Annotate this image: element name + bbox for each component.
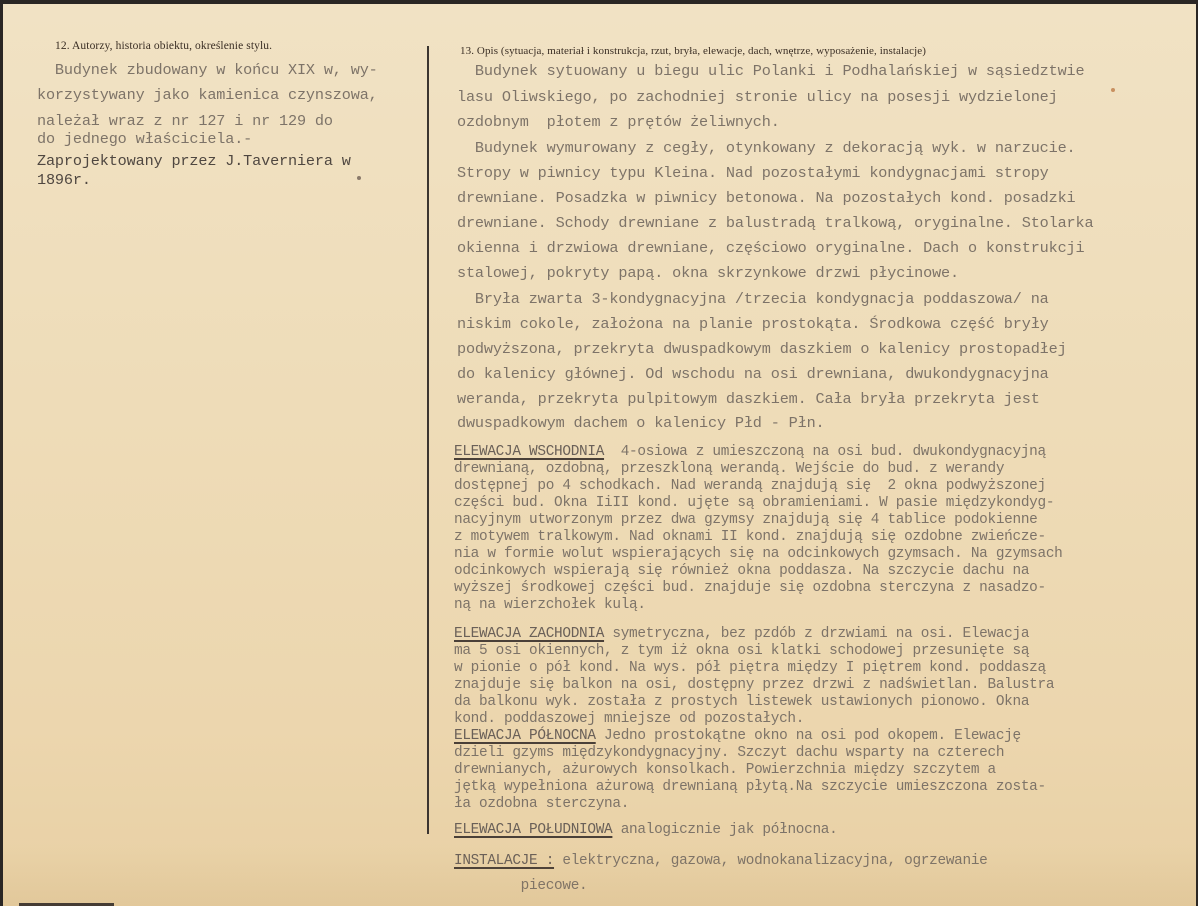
elevation-east-label: ELEWACJA WSCHODNIA: [454, 444, 604, 460]
column-divider: [427, 46, 429, 834]
installations-label: INSTALACJE :: [454, 853, 554, 869]
paper-speck: [357, 176, 361, 180]
elevation-north-line: jętką wypełniona ażurową drewnianą płytą…: [454, 780, 1046, 794]
elevation-west-line: da balkonu wyk. została z prostych liste…: [454, 695, 1029, 709]
left-text-line: do jednego właściciela.-: [37, 132, 252, 147]
elevation-north-line: ELEWACJA PÓŁNOCNA Jedno prostokątne okno…: [454, 729, 1021, 743]
elevation-east-line: ną na wierzchołek kulą.: [454, 598, 646, 612]
left-text-line: należał wraz z nr 127 i nr 129 do: [37, 114, 333, 129]
elevation-east-line: odcinkowych wspierają się również okna p…: [454, 564, 1029, 578]
elevation-north-label: ELEWACJA PÓŁNOCNA: [454, 728, 596, 744]
left-text-line: korzystywany jako kamienica czynszowa,: [37, 88, 378, 103]
description-line: lasu Oliwskiego, po zachodniej stronie u…: [457, 90, 1058, 105]
elevation-north-line: ła ozdobna sterczyna.: [454, 797, 629, 811]
description-line: Stropy w piwnicy typu Kleina. Nad pozost…: [457, 166, 1049, 181]
elevation-west-line: ma 5 osi okiennych, z tym iż okna osi kl…: [454, 644, 1029, 658]
elevation-east-line: drewnianą, ozdobną, przeszkloną werandą.…: [454, 462, 1004, 476]
elevation-east-line: części bud. Okna IiII kond. ujęte są obr…: [454, 496, 1054, 510]
elevation-east-line: wyższej środkowej części bud. znajduje s…: [454, 581, 1046, 595]
elevation-west-label: ELEWACJA ZACHODNIA: [454, 626, 604, 642]
description-line: dwuspadkowym dachem o kalenicy Płd - Płn…: [457, 416, 825, 431]
elevation-east-line: nia w formie wolut wspierających się na …: [454, 547, 1063, 561]
document-page: 12. Autorzy, historia obiektu, określeni…: [3, 4, 1196, 906]
description-line: weranda, przekryta pulpitowym daszkiem. …: [457, 392, 1040, 407]
elevation-north-line: dzieli gzyms międzykondygnacyjny. Szczyt…: [454, 746, 1004, 760]
elevation-north-line: drewnianych, ażurowych konsolkach. Powie…: [454, 763, 996, 777]
paper-speck: [1111, 88, 1115, 92]
elevation-east-line: ELEWACJA WSCHODNIA 4-osiowa z umieszczon…: [454, 445, 1046, 459]
elevation-west-line: ELEWACJA ZACHODNIA symetryczna, bez pzdó…: [454, 627, 1029, 641]
elevation-west-line: znajduje się balkon na osi, dostępny prz…: [454, 678, 1054, 692]
elevation-south-label: ELEWACJA POŁUDNIOWA: [454, 822, 612, 838]
description-line: do kalenicy głównej. Od wschodu na osi d…: [457, 367, 1049, 382]
description-line: podwyższona, przekryta dwuspadkowym dasz…: [457, 342, 1067, 357]
elevation-west-line: kond. poddaszowej mniejsze od pozostałyc…: [454, 712, 804, 726]
left-text-line: Zaprojektowany przez J.Taverniera w: [37, 154, 351, 169]
elevation-east-line: z motywem tralkowym. Nad oknami II kond.…: [454, 530, 1046, 544]
description-line: Budynek wymurowany z cegły, otynkowany z…: [457, 141, 1076, 156]
elevation-east-line: dostępnej po 4 schodkach. Nad werandą zn…: [454, 479, 1046, 493]
left-text-line: Budynek zbudowany w końcu XIX w, wy-: [37, 63, 378, 78]
description-line: okienna i drzwiowa drewniane, częściowo …: [457, 241, 1084, 256]
description-line: Bryła zwarta 3-kondygnacyjna /trzecia ko…: [457, 292, 1049, 307]
description-line: Budynek sytuowany u biegu ulic Polanki i…: [457, 64, 1084, 79]
left-text-line: 1896r.: [37, 173, 91, 188]
description-line: stalowej, pokryty papą. okna skrzynkowe …: [457, 266, 959, 281]
description-line: drewniane. Schody drewniane z balustradą…: [457, 216, 1093, 231]
elevation-south-line: ELEWACJA POŁUDNIOWA analogicznie jak pół…: [454, 823, 837, 837]
description-line: niskim cokole, założona na planie prosto…: [457, 317, 1049, 332]
installations-line: piecowe.: [454, 879, 587, 893]
elevation-west-line: w pionie o pół kond. Na wys. pół piętra …: [454, 661, 1046, 675]
section-13-heading: 13. Opis (sytuacja, materiał i konstrukc…: [460, 45, 926, 57]
description-line: drewniane. Posadzka w piwnicy betonowa. …: [457, 191, 1076, 206]
elevation-east-line: nacyjnym utworzonym przez dwa gzymsy zna…: [454, 513, 1038, 527]
section-12-heading: 12. Autorzy, historia obiektu, określeni…: [55, 40, 272, 52]
installations-line: INSTALACJE : elektryczna, gazowa, wodnok…: [454, 854, 988, 868]
description-line: ozdobnym płotem z prętów żeliwnych.: [457, 115, 780, 130]
